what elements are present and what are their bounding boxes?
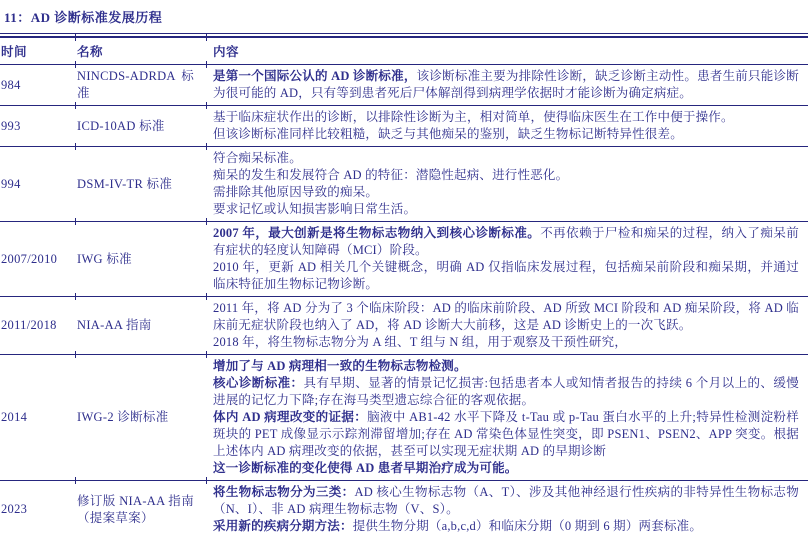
time-cell: 2014 — [0, 355, 76, 481]
content-paragraph: 这一诊断标准的变化使得 AD 患者早期治疗成为可能。 — [213, 460, 799, 477]
time-cell: 2007/2010 — [0, 222, 76, 297]
name-cell: IWG-2 诊断标准 — [76, 355, 207, 481]
time-cell: 2011/2018 — [0, 297, 76, 355]
name-cell: ICD-10AD 标准 — [76, 106, 207, 147]
content-paragraph: 但该诊断标准同样比较粗糙，缺乏与其他痴呆的鉴别，缺乏生物标记断特异性很差。 — [213, 126, 799, 143]
content-paragraph: 2010 年，更新 AD 相关几个关键概念，明确 AD 仅指临床发展过程，包括痴… — [213, 259, 799, 293]
content-cell: 是第一个国际公认的 AD 诊断标准，该诊断标准主要为排除性诊断，缺乏诊断主动性。… — [207, 65, 808, 106]
name-cell: NIA-AA 指南 — [76, 297, 207, 355]
content-cell: 符合痴呆标准。痴呆的发生和发展符合 AD 的特征：潜隐性起病、进行性恶化。需排除… — [207, 147, 808, 222]
col-header-name: 名称 — [76, 37, 207, 65]
content-paragraph: 痴呆的发生和发展符合 AD 的特征：潜隐性起病、进行性恶化。 — [213, 167, 799, 184]
report-table-page: 11：AD 诊断标准发展历程 时间 名称 内容 984NINCDS-ADRDA … — [0, 0, 808, 537]
time-cell: 994 — [0, 147, 76, 222]
time-cell: 2023 — [0, 481, 76, 537]
ad-criteria-table: 时间 名称 内容 984NINCDS-ADRDA 标准是第一个国际公认的 AD … — [0, 36, 808, 537]
content-cell: 增加了与 AD 病理相一致的生物标志物检测。核心诊断标准：具有早期、显著的情景记… — [207, 355, 808, 481]
content-paragraph: 体内 AD 病理改变的证据：脑液中 AB1-42 水平下降及 t-Tau 或 p… — [213, 409, 799, 460]
time-cell: 984 — [0, 65, 76, 106]
table-row: 2011/2018NIA-AA 指南2011 年，将 AD 分为了 3 个临床阶… — [0, 297, 808, 355]
table-title: 11：AD 诊断标准发展历程 — [0, 0, 808, 26]
name-cell: 修订版 NIA-AA 指南（提案草案） — [76, 481, 207, 537]
content-cell: 基于临床症状作出的诊断，以排除性诊断为主，相对简单，使得临床医生在工作中便于操作… — [207, 106, 808, 147]
table-row: 2007/2010IWG 标准2007 年，最大创新是将生物标志物纳入到核心诊断… — [0, 222, 808, 297]
table-row: 2014IWG-2 诊断标准增加了与 AD 病理相一致的生物标志物检测。核心诊断… — [0, 355, 808, 481]
time-cell: 993 — [0, 106, 76, 147]
content-cell: 2011 年，将 AD 分为了 3 个临床阶段：AD 的临床前阶段、AD 所致 … — [207, 297, 808, 355]
name-cell: IWG 标准 — [76, 222, 207, 297]
col-header-time: 时间 — [0, 37, 76, 65]
content-paragraph: 要求记忆或认知损害影响日常生活。 — [213, 201, 799, 218]
content-paragraph: 2018 年，将生物标志物分为 A 组、T 组与 N 组，用于观察及干预性研究， — [213, 334, 799, 351]
name-cell: NINCDS-ADRDA 标准 — [76, 65, 207, 106]
table-row: 994DSM-IV-TR 标准符合痴呆标准。痴呆的发生和发展符合 AD 的特征：… — [0, 147, 808, 222]
content-paragraph: 采用新的疾病分期方法：提供生物分期（a,b,c,d）和临床分期（0 期到 6 期… — [213, 518, 799, 535]
content-paragraph: 是第一个国际公认的 AD 诊断标准，该诊断标准主要为排除性诊断，缺乏诊断主动性。… — [213, 68, 799, 102]
table-row: 993ICD-10AD 标准基于临床症状作出的诊断，以排除性诊断为主，相对简单，… — [0, 106, 808, 147]
content-paragraph: 基于临床症状作出的诊断，以排除性诊断为主，相对简单，使得临床医生在工作中便于操作… — [213, 109, 799, 126]
content-paragraph: 2007 年，最大创新是将生物标志物纳入到核心诊断标准。不再依赖于尸检和痴呆的过… — [213, 225, 799, 259]
content-paragraph: 增加了与 AD 病理相一致的生物标志物检测。 — [213, 358, 799, 375]
title-rule — [0, 33, 808, 34]
table-row: 984NINCDS-ADRDA 标准是第一个国际公认的 AD 诊断标准，该诊断标… — [0, 65, 808, 106]
table-body: 984NINCDS-ADRDA 标准是第一个国际公认的 AD 诊断标准，该诊断标… — [0, 65, 808, 537]
content-cell: 将生物标志物分为三类：AD 核心生物标志物（A、T）、涉及其他神经退行性疾病的非… — [207, 481, 808, 537]
table-row: 2023修订版 NIA-AA 指南（提案草案）将生物标志物分为三类：AD 核心生… — [0, 481, 808, 537]
name-cell: DSM-IV-TR 标准 — [76, 147, 207, 222]
content-paragraph: 符合痴呆标准。 — [213, 150, 799, 167]
content-paragraph: 将生物标志物分为三类：AD 核心生物标志物（A、T）、涉及其他神经退行性疾病的非… — [213, 484, 799, 518]
col-header-content: 内容 — [207, 37, 808, 65]
content-paragraph: 核心诊断标准：具有早期、显著的情景记忆损害:包括患者本人或知情者报告的持续 6 … — [213, 375, 799, 409]
header-row: 时间 名称 内容 — [0, 37, 808, 65]
content-cell: 2007 年，最大创新是将生物标志物纳入到核心诊断标准。不再依赖于尸检和痴呆的过… — [207, 222, 808, 297]
content-paragraph: 需排除其他原因导致的痴呆。 — [213, 184, 799, 201]
content-paragraph: 2011 年，将 AD 分为了 3 个临床阶段：AD 的临床前阶段、AD 所致 … — [213, 300, 799, 334]
